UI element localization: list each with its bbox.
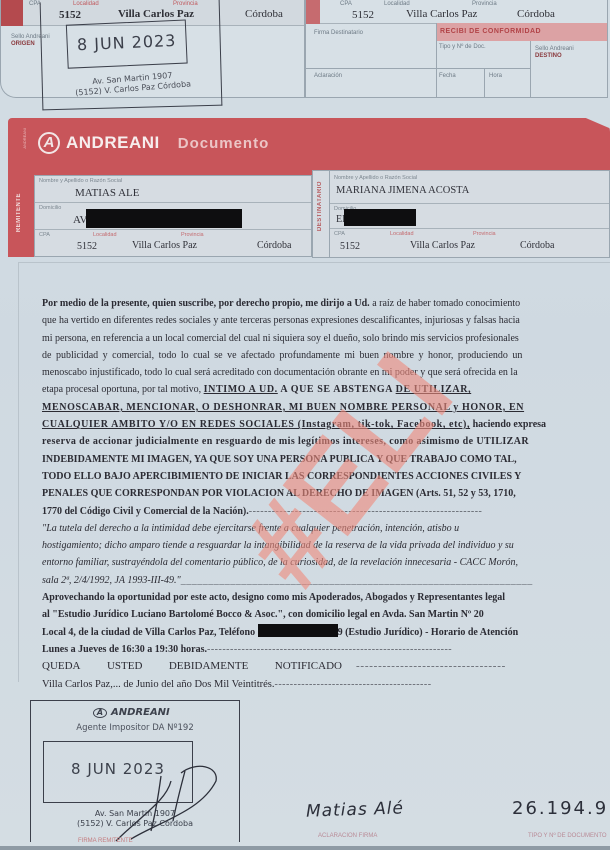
- remitente-name-row: Nombre y Apellido o Razón Social MATIAS …: [35, 176, 311, 203]
- remitente-cpa: 5152: [77, 241, 97, 252]
- quote-line: hostigamiento; dicho amparo tiende a res…: [42, 537, 610, 554]
- aclaracion-firma-label: ACLARACION FIRMA: [318, 833, 377, 839]
- remitente-localidad: Villa Carlos Paz: [132, 240, 197, 251]
- letter-body: Por medio de la presente, quien suscribe…: [18, 262, 610, 682]
- brand-name: ANDREANI: [66, 133, 160, 153]
- remitente-domicilio-row: Domicilio AV: [35, 203, 311, 230]
- quote-line: entorno familiar, sustrayéndola del come…: [42, 554, 610, 571]
- remitente-provincia: Córdoba: [257, 240, 291, 251]
- postmark-date-box: 8 JUN 2023: [66, 20, 188, 69]
- destinatario-localidad: Villa Carlos Paz: [410, 240, 475, 251]
- handwritten-document-number: 26.194.9: [512, 798, 608, 819]
- paragraph-line: INDEBIDAMENTE MI IMAGEN, YA QUE SOY UNA …: [42, 451, 610, 468]
- intimation-line: etapa procesal oportuna, por tal motivo,…: [42, 381, 610, 398]
- localidad-value: Villa Carlos Paz: [406, 8, 477, 20]
- intimation-line: MENOSCABAR, MENCIONAR, O DESHONRAR, MI B…: [42, 399, 610, 416]
- paragraph-line: reserva de accionar judicialmente en res…: [42, 433, 610, 450]
- paragraph-line: menoscabo injustificado, todo lo cual se…: [42, 364, 610, 381]
- notification-line: QUEDAUSTEDDEBIDAMENTENOTIFICADO - - - - …: [42, 658, 610, 675]
- destination-stub: CPA Localidad Provincia 5152 Villa Carlo…: [305, 0, 608, 98]
- remitente-fields: Nombre y Apellido o Razón Social MATIAS …: [34, 175, 312, 257]
- remitente-name: MATIAS ALE: [75, 187, 139, 199]
- stamp-agent: Agente Impositor DA Nº192: [31, 723, 239, 733]
- andreani-postmark: A ANDREANI Agente Impositor DA Nº192 8 J…: [30, 700, 240, 842]
- firma-destinatario-label: Firma Destinatario: [314, 30, 363, 36]
- remitente-tab: [1, 0, 23, 26]
- form-header-extension: [308, 118, 610, 170]
- paragraph-line: Por medio de la presente, quien suscribe…: [42, 295, 610, 312]
- paragraph-line: de publicidad y comercial, todo lo cual …: [42, 347, 610, 364]
- quote-line: "La tutela del derecho a la intimidad de…: [42, 520, 610, 537]
- domicilio-label: Domicilio: [39, 205, 61, 211]
- postmark-date: 8 JUN 2023: [67, 31, 186, 55]
- andreani-form: ANDREANI A ANDREANI Documento REMITENTE …: [8, 118, 610, 258]
- provincia-value: Córdoba: [517, 8, 555, 20]
- document-page: CPA Localidad Provincia 5152 Villa Carlo…: [0, 0, 610, 850]
- paragraph-line: TODO ELLO BAJO APERCIBIMIENTO DE INICIAR…: [42, 468, 610, 485]
- provincia-label: Provincia: [472, 1, 497, 7]
- provincia-label: Provincia: [473, 231, 496, 237]
- paragraph-line: mi persona, en referencia a un local com…: [42, 330, 610, 347]
- document-type: Documento: [178, 135, 270, 152]
- form-code: ANDREANI: [22, 128, 27, 149]
- redacted-address: [86, 209, 242, 228]
- tipo-doc-label: Tipo y Nº de Doc.: [439, 44, 486, 50]
- paragraph-line: que ha vertido en diferentes redes socia…: [42, 312, 610, 329]
- name-label: Nombre y Apellido o Razón Social: [39, 178, 122, 184]
- cpa-label: CPA: [340, 1, 352, 7]
- paragraph-line: PENALES QUE CORRESPONDAN POR VIOLACION A…: [42, 485, 610, 502]
- destinatario-name: MARIANA JIMENA ACOSTA: [336, 185, 469, 196]
- localidad-label: Localidad: [93, 232, 117, 238]
- redacted-phone: [258, 624, 338, 637]
- aclaracion-label: Aclaración: [314, 73, 342, 79]
- paragraph-line: 1770 del Código Civil y Comercial de la …: [42, 503, 610, 520]
- redacted-address: [344, 209, 416, 226]
- localidad-label: Localidad: [390, 231, 414, 237]
- tipo-documento-label: TIPO Y Nº DE DOCUMENTO: [528, 833, 607, 839]
- sello-destino-label: Sello Andreani: [535, 46, 574, 52]
- origin-stub: CPA Localidad Provincia 5152 Villa Carlo…: [0, 0, 305, 98]
- destination-address-row: CPA Localidad Provincia 5152 Villa Carlo…: [320, 0, 607, 24]
- letter-text: Por medio de la presente, quien suscribe…: [42, 295, 610, 693]
- signature-scribble: [111, 761, 221, 850]
- quote-line: sala 2ª, 2/4/1992, JA 1993-III-49."_ _ _…: [42, 572, 610, 589]
- destinatario-provincia: Córdoba: [520, 240, 554, 251]
- remitente-section: REMITENTE Nombre y Apellido o Razón Soci…: [8, 175, 312, 257]
- destinatario-label: DESTINATARIO: [317, 181, 323, 231]
- origin-postmark: 8 JUN 2023 Av. San Martin 1907 (5152) V.…: [40, 0, 223, 110]
- destinatario-cpa: 5152: [340, 241, 360, 252]
- paragraph-line: Aprovechando la oportunidad por este act…: [42, 589, 610, 606]
- andreani-logo-icon: A: [93, 708, 107, 718]
- cpa-label: CPA: [39, 232, 50, 238]
- paragraph-line: Local 4, de la ciudad de Villa Carlos Pa…: [42, 624, 610, 641]
- destinatario-domicilio-row: Domicilio EI: [330, 204, 609, 229]
- destinatario-section: DESTINATARIO Nombre y Apellido o Razón S…: [312, 170, 610, 258]
- cpa-value: 5152: [352, 9, 374, 21]
- fecha-label: Fecha: [439, 73, 456, 79]
- firma-remitente-label: FIRMA REMITENTE: [78, 838, 133, 844]
- andreani-logo: A ANDREANI Documento: [38, 132, 269, 154]
- intimation-line: CUALQUIER AMBITO Y/O EN REDES SOCIALES (…: [42, 416, 610, 433]
- postmark-address: Av. San Martin 1907 (5152) V. Carlos Paz…: [62, 69, 203, 100]
- name-label: Nombre y Apellido o Razón Social: [334, 175, 417, 181]
- page-edge: [0, 846, 610, 850]
- stamp-logo: A ANDREANI: [93, 707, 170, 718]
- provincia-value: Córdoba: [245, 8, 283, 20]
- destinatario-tab: [306, 0, 320, 24]
- remitente-location-row: CPA Localidad Provincia 5152 Villa Carlo…: [35, 230, 311, 258]
- andreani-logo-icon: A: [38, 132, 60, 154]
- top-stub: CPA Localidad Provincia 5152 Villa Carlo…: [0, 0, 610, 100]
- hora-label: Hora: [489, 73, 502, 79]
- cpa-label: CPA: [334, 231, 345, 237]
- handwritten-name: Matias Alé: [306, 798, 405, 821]
- paragraph-line: Lunes a Jueves de 16:30 a 19:30 horas.- …: [42, 641, 610, 658]
- paragraph-line: al "Estudio Jurídico Luciano Bartolomé B…: [42, 606, 610, 623]
- recibi-conformidad-header: RECIBI DE CONFORMIDAD: [436, 23, 607, 41]
- provincia-label: Provincia: [181, 232, 204, 238]
- remitente-label: REMITENTE: [16, 193, 22, 232]
- destinatario-fields: Nombre y Apellido o Razón Social MARIANA…: [329, 171, 609, 257]
- destinatario-name-row: Nombre y Apellido o Razón Social MARIANA…: [330, 171, 609, 204]
- localidad-label: Localidad: [384, 1, 410, 7]
- date-line: Villa Carlos Paz,... de Junio del año Do…: [42, 676, 610, 693]
- destinatario-location-row: CPA Localidad Provincia 5152 Villa Carlo…: [330, 229, 609, 259]
- sello-destino-sub: DESTINO: [535, 53, 562, 59]
